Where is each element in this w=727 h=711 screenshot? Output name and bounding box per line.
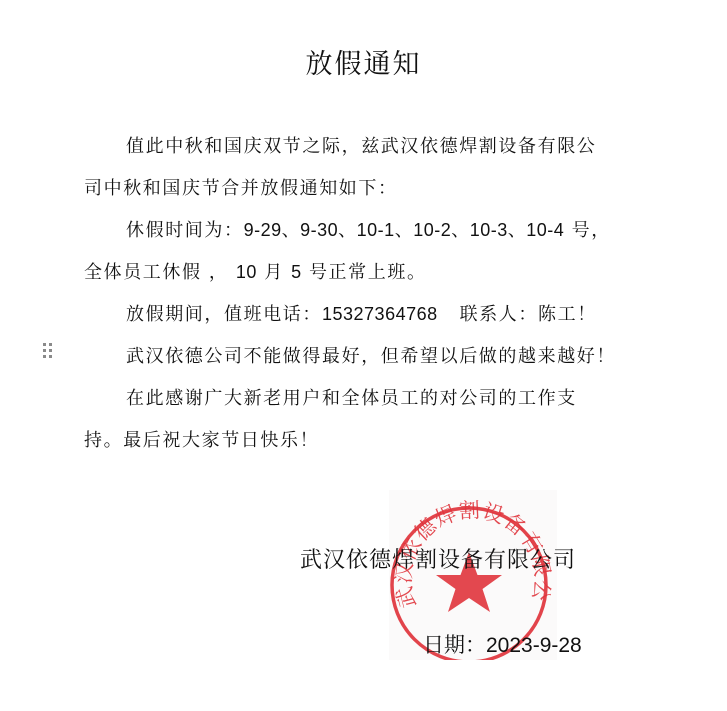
paragraph-drag-handle-icon[interactable] (43, 343, 53, 359)
holiday-suffix: 号， (564, 220, 611, 241)
date-label: 日期： (423, 633, 486, 657)
return-suffix: 号正常上班。 (302, 262, 427, 283)
paragraph-3: 放假期间，值班电话：15327364768 联系人：陈工！ (126, 300, 597, 326)
duty-phone-number: 15327364768 (322, 304, 438, 324)
return-mid: 月 (257, 262, 291, 283)
return-prefix: 全体员工休假 ， (84, 262, 236, 283)
return-day: 5 (291, 262, 302, 282)
document-title: 放假通知 (0, 42, 727, 81)
holiday-dates: 9-29、9-30、10-1、10-2、10-3、10-4 (244, 220, 565, 240)
date-value: 2023-9-28 (486, 634, 582, 657)
paragraph-5-line-1: 在此感谢广大新老用户和全体员工的对公司的工作支 (126, 384, 577, 410)
document-date: 日期：2023-9-28 (423, 629, 582, 659)
paragraph-2-line-2: 全体员工休假 ， 10 月 5 号正常上班。 (84, 258, 427, 284)
paragraph-2-line-1: 休假时间为：9-29、9-30、10-1、10-2、10-3、10-4 号， (126, 216, 611, 242)
company-signature: 武汉依德焊割设备有限公司 (300, 543, 576, 574)
paragraph-1-line-2: 司中秋和国庆节合并放假通知如下： (84, 174, 398, 200)
duty-phone-label: 放假期间，值班电话： (126, 304, 322, 325)
paragraph-1-line-1: 值此中秋和国庆双节之际，兹武汉依德焊割设备有限公 (126, 132, 596, 158)
return-month: 10 (236, 262, 257, 282)
contact-person: 联系人：陈工！ (438, 304, 597, 325)
paragraph-4: 武汉依德公司不能做得最好，但希望以后做的越来越好！ (126, 342, 616, 368)
document-page: 放假通知 值此中秋和国庆双节之际，兹武汉依德焊割设备有限公 司中秋和国庆节合并放… (0, 0, 727, 711)
holiday-label: 休假时间为： (126, 220, 244, 241)
paragraph-5-line-2: 持。最后祝大家节日快乐！ (84, 426, 319, 452)
